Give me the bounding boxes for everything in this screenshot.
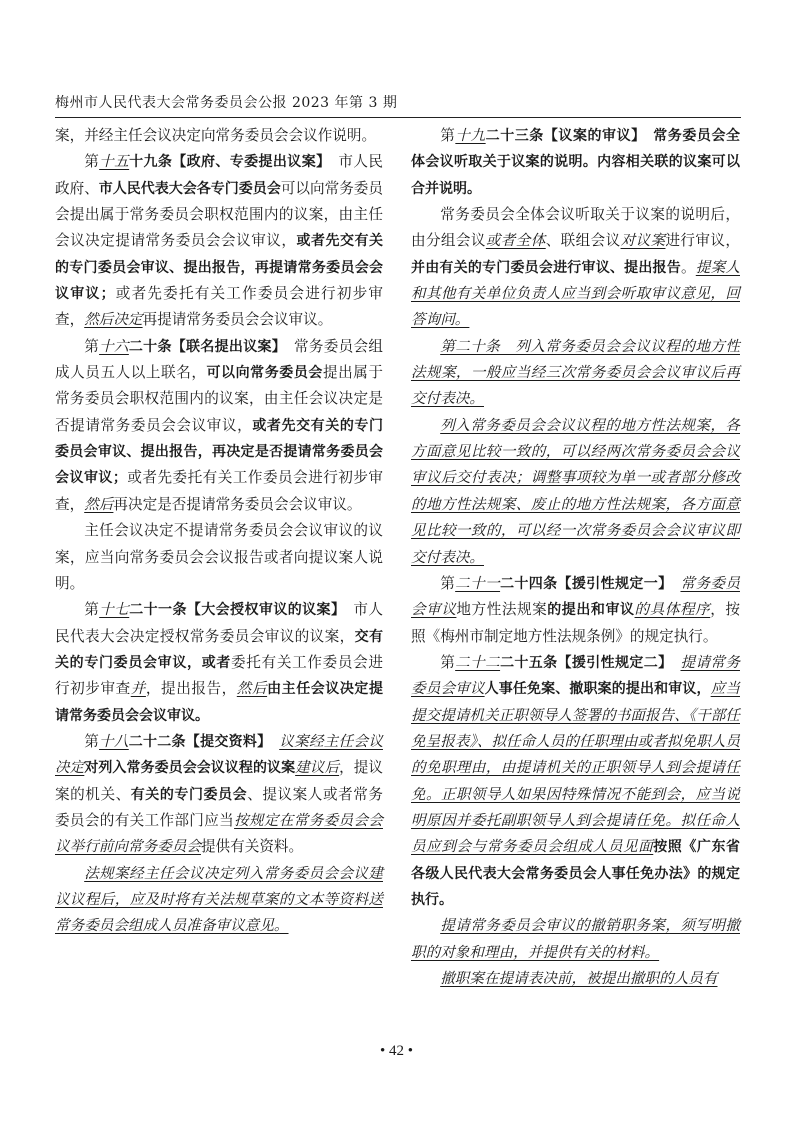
bold-text: 二十二条【提交资料】 <box>129 734 265 750</box>
paragraph: 提请常务委员会审议的撤销职务案，须写明撤职的对象和理由，并提供有关的材料。 <box>411 913 740 966</box>
paragraph: 第十九二十三条【议案的审议】 常务委员会全体会议听取关于议案的说明。内容相关联的… <box>411 123 740 202</box>
text-segment: 再提请常务委员会会议审议。 <box>143 311 333 328</box>
paragraph: 撤职案在提请表决前，被提出撤职的人员有 <box>411 966 740 992</box>
left-text-column: 案，并经主任会议决定向常务委员会会议作说明。第十五十九条【政府、专委提出议案】 … <box>55 123 383 940</box>
text-segment: ，提出报告， <box>146 680 237 697</box>
text-segment: 第 <box>440 654 455 671</box>
inserted-text: 法规案经主任会议决定列入常务委员会会议建议议程后，应及时将有关法规草案的文本等资… <box>55 865 383 935</box>
bold-text: 的提出和审议 <box>547 602 634 618</box>
bold-text: 市人民代表大会各专门委员会 <box>99 181 281 197</box>
bold-text: 二十条【联名提出议案】 <box>129 339 279 355</box>
bold-text: 人事任免案、撤职案的提出和审议， <box>485 681 711 697</box>
bold-text: 二十五条【援引性规定二】 <box>500 655 665 671</box>
text-segment: 第 <box>440 575 455 592</box>
text-segment: 案，并经主任会议决定向常务委员会会议作说明。 <box>55 127 376 144</box>
text-segment: 主任会议决定不提请常务委员会会议审议的议案，应当向常务委员会会议报告或者向提议案… <box>55 522 383 592</box>
text-segment: 。 <box>681 259 696 276</box>
paragraph: 常务委员会全体会议听取关于议案的说明后，由分组会议或者全体、联组会议对议案进行审… <box>411 202 740 334</box>
text-segment <box>666 654 681 671</box>
text-segment <box>666 575 681 592</box>
bold-text: 二十三条【议案的审议】 <box>486 128 639 144</box>
inserted-text: 或者全体 <box>486 232 546 249</box>
bold-text: 二十一条【大会授权审议的议案】 <box>129 602 338 618</box>
inserted-text: 十六 <box>99 338 129 355</box>
inserted-text: 然后 <box>237 680 267 697</box>
paragraph: 第二十二二十五条【援引性规定二】 提请常务委员会审议人事任免案、撤职案的提出和审… <box>411 650 740 913</box>
inserted-text: 列入常务委员会会议议程的地方性法规案，各方面意见比较一致的，可以经两次常务委员会… <box>411 417 740 566</box>
bold-text: 二十四条【援引性规定一】 <box>500 576 665 592</box>
paragraph: 第二十条 列入常务委员会会议议程的地方性法规案，一般应当经三次常务委员会会议审议… <box>411 334 740 413</box>
right-text-column: 第十九二十三条【议案的审议】 常务委员会全体会议听取关于议案的说明。内容相关联的… <box>411 123 740 992</box>
bold-text: 并由有关的专门委员会进行审议、提出报告 <box>411 260 681 276</box>
inserted-text: 然后 <box>84 496 113 513</box>
inserted-text: 十九 <box>455 127 485 144</box>
inserted-text: 的具体程序 <box>635 601 711 618</box>
bold-text: 有关的专门委员会 <box>131 787 247 803</box>
bold-text: 可以向常务委员会 <box>207 365 323 381</box>
paragraph: 第十五十九条【政府、专委提出议案】 市人民政府、市人民代表大会各专门委员会可以向… <box>55 149 383 333</box>
inserted-text: 对议案 <box>621 232 666 249</box>
paragraph: 第十七二十一条【大会授权审议的议案】 市人民代表大会决定授权常务委员会审议的议案… <box>55 597 383 729</box>
inserted-text: 撤职案在提请表决前，被提出撤职的人员有 <box>440 970 717 987</box>
inserted-text: 建议后 <box>295 759 339 776</box>
publication-header: 梅州市人民代表大会常务委员会公报 2023 年第 3 期 <box>55 91 741 115</box>
header-divider <box>55 117 741 118</box>
bold-text: 对列入常务委员会会议议程的议案 <box>84 760 295 776</box>
paragraph: 第十八二十二条【提交资料】 议案经主任会议决定对列入常务委员会会议议程的议案建议… <box>55 729 383 861</box>
inserted-text: 十八 <box>99 733 129 750</box>
inserted-text: 十五 <box>99 153 129 170</box>
text-segment: 、联组会议 <box>546 232 621 249</box>
text-segment: 第 <box>84 601 99 618</box>
inserted-text: 并 <box>131 680 146 697</box>
inserted-text: 第二十条 列入常务委员会会议议程的地方性法规案，一般应当经三次常务委员会会议审议… <box>411 338 740 408</box>
text-segment: 第 <box>84 153 99 170</box>
paragraph: 第二十一二十四条【援引性规定一】 常务委员会审议地方性法规案的提出和审议的具体程… <box>411 571 740 650</box>
paragraph: 第十六二十条【联名提出议案】 常务委员会组成人员五人以上联名，可以向常务委员会提… <box>55 334 383 518</box>
paragraph: 主任会议决定不提请常务委员会会议审议的议案，应当向常务委员会会议报告或者向提议案… <box>55 518 383 597</box>
page-number: • 42 • <box>0 1043 793 1060</box>
text-segment: 第 <box>440 127 455 144</box>
text-segment <box>264 733 279 750</box>
inserted-text: 二十一 <box>455 575 500 592</box>
inserted-text: 提请常务委员会审议的撤销职务案，须写明撤职的对象和理由，并提供有关的材料。 <box>411 917 740 960</box>
inserted-text: 然后决定 <box>84 311 142 328</box>
text-segment: 第 <box>84 733 99 750</box>
text-segment: 再决定是否提请常务委员会会议审议。 <box>113 496 361 513</box>
paragraph: 案，并经主任会议决定向常务委员会会议作说明。 <box>55 123 383 149</box>
paragraph: 列入常务委员会会议议程的地方性法规案，各方面意见比较一致的，可以经两次常务委员会… <box>411 413 740 571</box>
inserted-text: 二十二 <box>455 654 500 671</box>
bold-text: 十九条【政府、专委提出议案】 <box>129 154 323 170</box>
inserted-text: 应当提交提请机关正职领导人签署的书面报告、《干部任免呈报表》、拟任命人员的任职理… <box>411 680 740 855</box>
inserted-text: 十七 <box>99 601 129 618</box>
text-segment: 进行审议， <box>665 232 739 249</box>
text-segment: 提供有关资料。 <box>201 838 303 855</box>
text-segment: 地方性法规案 <box>456 601 547 618</box>
paragraph: 法规案经主任会议决定列入常务委员会会议建议议程后，应及时将有关法规草案的文本等资… <box>55 861 383 940</box>
text-segment: 第 <box>84 338 99 355</box>
